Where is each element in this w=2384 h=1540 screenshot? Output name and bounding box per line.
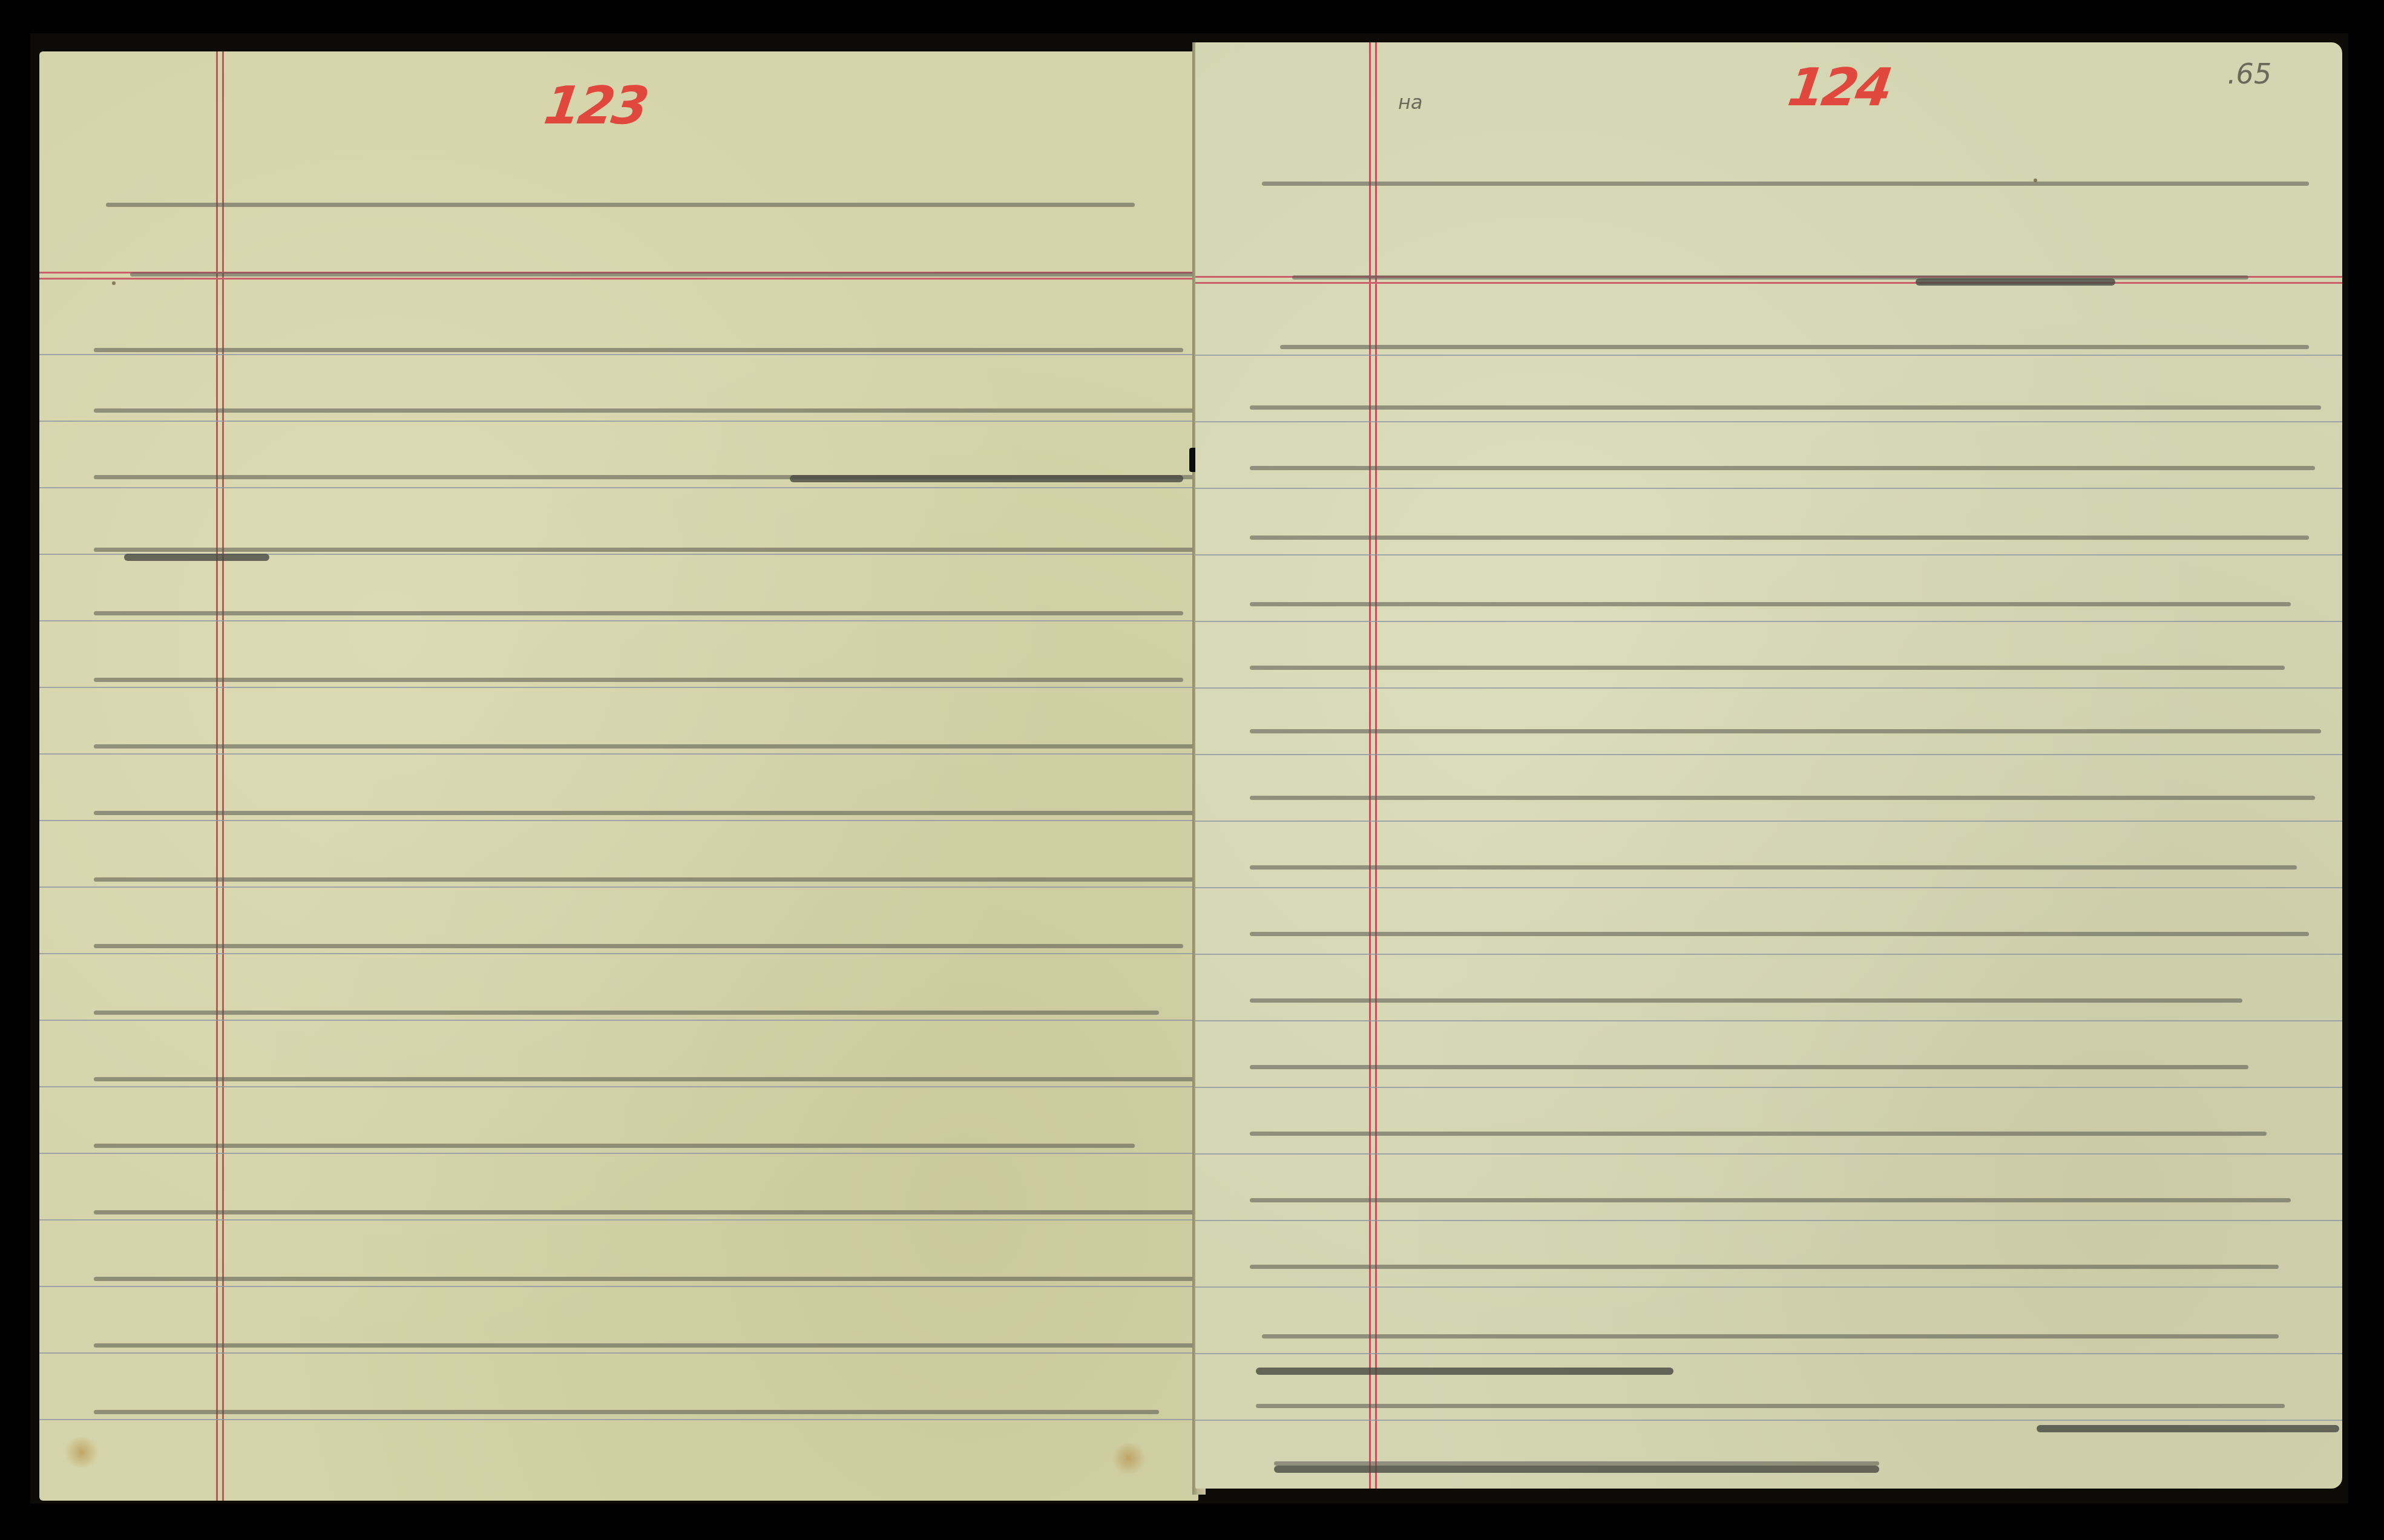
- handwriting-line: [94, 548, 1198, 552]
- handwriting-line: [1250, 1265, 2279, 1269]
- handwriting-line: [1250, 729, 2321, 733]
- ruled-line: [39, 1086, 1198, 1087]
- ruled-line: [39, 1020, 1198, 1021]
- ruled-line: [1195, 1220, 2342, 1221]
- ruled-line: [39, 421, 1198, 422]
- page-number: 123: [540, 76, 651, 136]
- handwriting-line: [94, 944, 1183, 948]
- handwriting-line: [1262, 182, 2309, 186]
- ruled-line: [39, 1419, 1198, 1420]
- handwriting-line: [1250, 1065, 2248, 1069]
- ruled-line: [39, 753, 1198, 755]
- handwriting-line: [94, 348, 1183, 352]
- paper-speck: [2034, 179, 2037, 182]
- ruled-line: [1195, 488, 2342, 489]
- handwriting-line: [1250, 1132, 2267, 1136]
- handwriting-line: [94, 1144, 1135, 1148]
- strikethrough: [124, 554, 269, 561]
- handwriting-line: [94, 678, 1183, 682]
- handwriting-line: [1250, 602, 2291, 606]
- strikethrough: [1256, 1368, 1673, 1375]
- ruled-line: [1195, 1420, 2342, 1421]
- ruled-line: [1195, 1087, 2342, 1088]
- ruled-line: [1195, 887, 2342, 888]
- page-number: 124: [1784, 57, 1894, 118]
- ruled-line: [1195, 821, 2342, 822]
- ruled-line: [39, 953, 1198, 954]
- handwriting-line: [1250, 796, 2315, 800]
- strikethrough: [790, 475, 1183, 482]
- handwriting-line: [1250, 536, 2309, 540]
- handwriting-line: [94, 1210, 1198, 1214]
- ruled-line: [1195, 687, 2342, 689]
- ruled-line: [39, 1153, 1198, 1154]
- handwriting-line: [130, 272, 1195, 277]
- ruled-line: [1195, 554, 2342, 555]
- ruled-line: [1195, 1353, 2342, 1354]
- ruled-line: [1195, 1020, 2342, 1021]
- handwriting-line: [94, 1077, 1198, 1081]
- ruled-line: [39, 1352, 1198, 1354]
- handwriting-line: [94, 877, 1198, 882]
- foxing-stain: [1111, 1443, 1147, 1473]
- ruled-line: [39, 487, 1198, 488]
- margin-line: [222, 51, 224, 1501]
- handwriting-line: [94, 1277, 1198, 1281]
- margin-line: [1375, 42, 1377, 1489]
- ruled-line: [39, 687, 1198, 688]
- handwriting-line: [94, 1343, 1198, 1348]
- folio-number: .65: [2227, 57, 2271, 90]
- ruled-line: [39, 1286, 1198, 1287]
- handwriting-line: [1250, 998, 2242, 1003]
- strikethrough: [1274, 1466, 1879, 1473]
- left-page: 123: [39, 51, 1198, 1501]
- margin-line: [216, 51, 218, 1501]
- handwriting-line: [106, 203, 1135, 207]
- handwriting-line: [1262, 1334, 2279, 1338]
- margin-line: [1369, 42, 1371, 1489]
- handwriting-line: [94, 744, 1195, 749]
- paper-speck: [112, 281, 116, 285]
- handwriting-line: [1280, 345, 2309, 349]
- handwriting-line: [94, 1410, 1159, 1414]
- ruled-line: [1195, 1286, 2342, 1288]
- right-page: 124 .65 на: [1195, 42, 2342, 1489]
- ruled-line: [1195, 355, 2342, 356]
- ruled-line: [1195, 621, 2342, 622]
- handwriting-line: [1250, 1198, 2291, 1202]
- foxing-stain: [64, 1437, 100, 1467]
- handwriting-line: [1250, 466, 2315, 470]
- header-rule: [1195, 282, 2342, 284]
- ruled-line: [1195, 754, 2342, 755]
- ruled-line: [39, 620, 1198, 621]
- handwriting-line: [1250, 932, 2309, 936]
- ruled-line: [1195, 954, 2342, 955]
- header-rule: [39, 278, 1198, 280]
- handwriting-line: [1250, 865, 2297, 870]
- handwriting-line: [94, 611, 1183, 615]
- ruled-line: [1195, 421, 2342, 422]
- corner-annotation: на: [1398, 91, 1423, 114]
- ruled-line: [1195, 1153, 2342, 1155]
- ruled-line: [39, 820, 1198, 821]
- ruled-line: [39, 354, 1198, 355]
- handwriting-line: [94, 811, 1198, 815]
- handwriting-line: [94, 1011, 1159, 1015]
- handwriting-line: [1274, 1461, 1879, 1466]
- handwriting-line: [1250, 405, 2321, 410]
- handwriting-line: [94, 408, 1195, 413]
- strikethrough: [1916, 278, 2115, 286]
- strikethrough: [2037, 1425, 2339, 1432]
- handwriting-line: [1256, 1404, 2285, 1408]
- ruled-line: [39, 1219, 1198, 1221]
- handwriting-line: [1250, 666, 2285, 670]
- ruled-line: [39, 886, 1198, 888]
